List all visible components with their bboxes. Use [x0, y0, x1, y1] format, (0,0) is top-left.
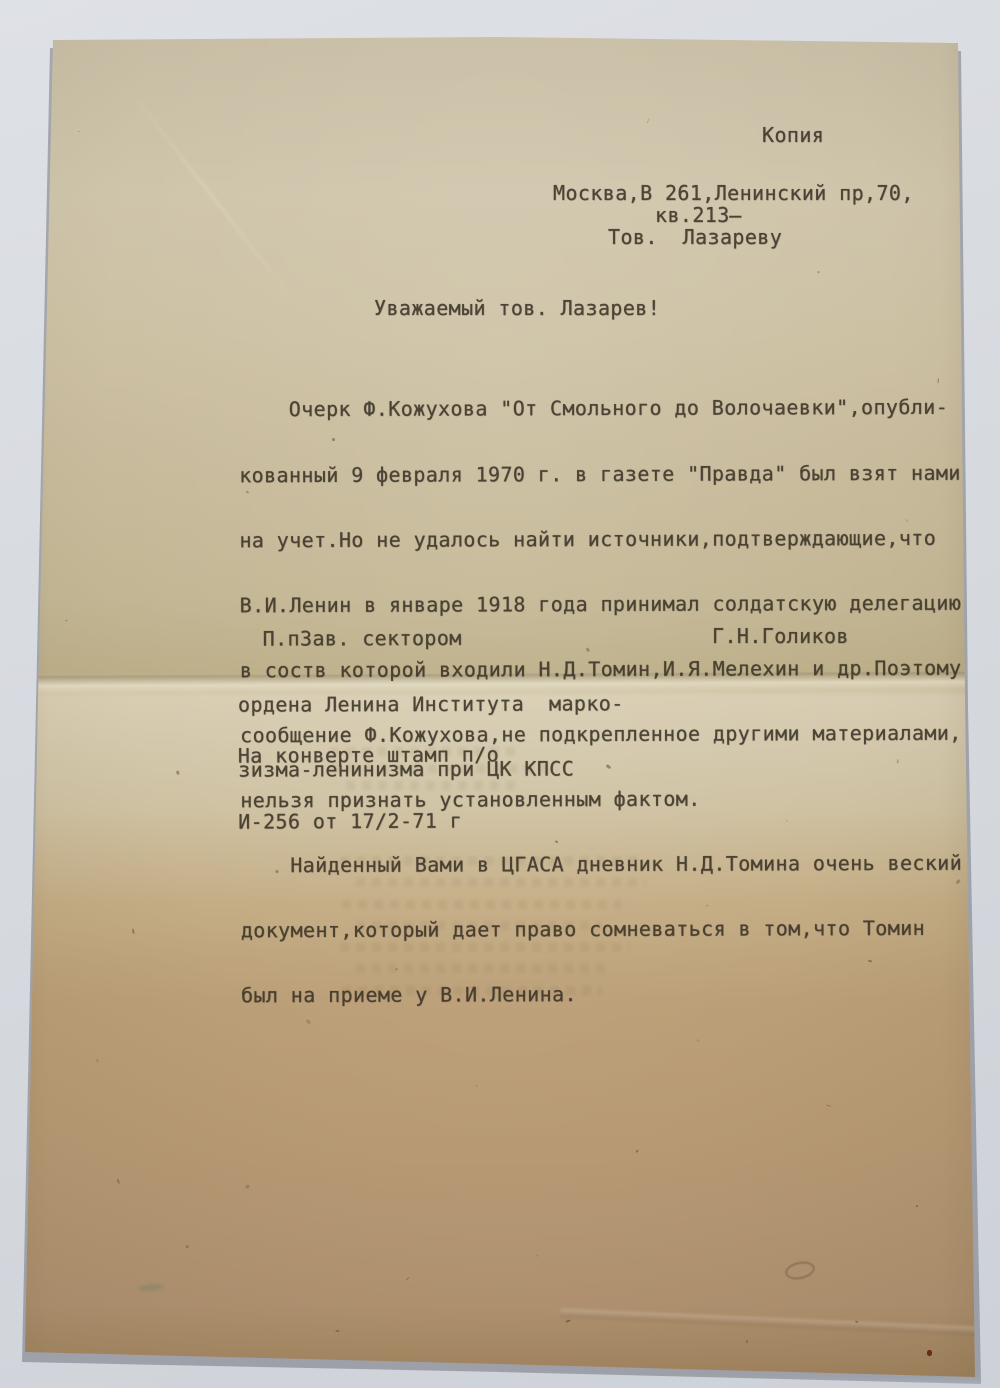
fiber-speck [132, 929, 135, 934]
body-line: кованный 9 февраля 1970 г. в газете "Пра… [239, 462, 973, 486]
fiber-speck [176, 770, 180, 774]
fiber-speck [476, 1085, 477, 1087]
body-line: документ,который дает право сомневаться … [241, 918, 975, 942]
fiber-speck [897, 759, 899, 763]
fiber-speck [186, 1245, 189, 1248]
fiber-speck [536, 1254, 539, 1256]
pencil-oval-mark [784, 1259, 817, 1282]
fiber-speck [566, 1319, 571, 1322]
fiber-speck [96, 1059, 98, 1062]
fiber-speck [916, 1205, 918, 1207]
fiber-speck [786, 820, 787, 822]
fiber-speck [647, 118, 650, 123]
fiber-speck [246, 1184, 250, 1188]
fiber-speck [406, 1277, 409, 1280]
bottom-crease [560, 1308, 1000, 1337]
green-smudge-mark [138, 1283, 165, 1293]
body-line: на учет.Но не удалось найти источники,по… [239, 527, 973, 551]
fiber-speck [818, 271, 820, 273]
diagonal-crease [120, 79, 306, 317]
copy-label: Копия [762, 125, 824, 147]
address-line-2: кв.213̶ [655, 205, 742, 227]
note-line: На конверте штамп п/о [238, 745, 499, 768]
fiber-speck [336, 1330, 340, 1332]
signature-name: Г.Н.Голиков [712, 626, 849, 648]
red-speck [927, 1350, 932, 1356]
fiber-speck [868, 960, 872, 963]
fiber-speck [636, 1149, 639, 1152]
letter-page: Копия Москва,В 261,Ленинский пр,70, кв.2… [0, 0, 1000, 1388]
fiber-speck [66, 620, 68, 621]
salutation: Уважаемый тов. Лазарев! [374, 298, 660, 320]
fiber-speck [826, 1104, 831, 1106]
fiber-speck [276, 870, 279, 873]
note-line: И-256 от 17/2-71 г [238, 810, 499, 833]
envelope-note: На конверте штамп п/о И-256 от 17/2-71 г [238, 701, 500, 876]
fiber-speck [332, 438, 335, 441]
fiber-speck [746, 1340, 748, 1343]
fiber-speck [116, 1179, 120, 1184]
body-line: был на приеме у В.И.Ленина. [241, 983, 975, 1007]
signature-line: П.пЗав. сектором [238, 628, 624, 651]
body-line: Очерк Ф.Кожухова "От Смольного до Волоча… [239, 397, 973, 421]
address-line-3: Тов. Лазареву [608, 227, 782, 249]
address-line-1: Москва,В 261,Ленинский пр,70, [553, 183, 914, 205]
photo-backdrop: Копия Москва,В 261,Ленинский пр,70, кв.2… [0, 0, 1000, 1388]
fiber-speck [78, 131, 80, 132]
